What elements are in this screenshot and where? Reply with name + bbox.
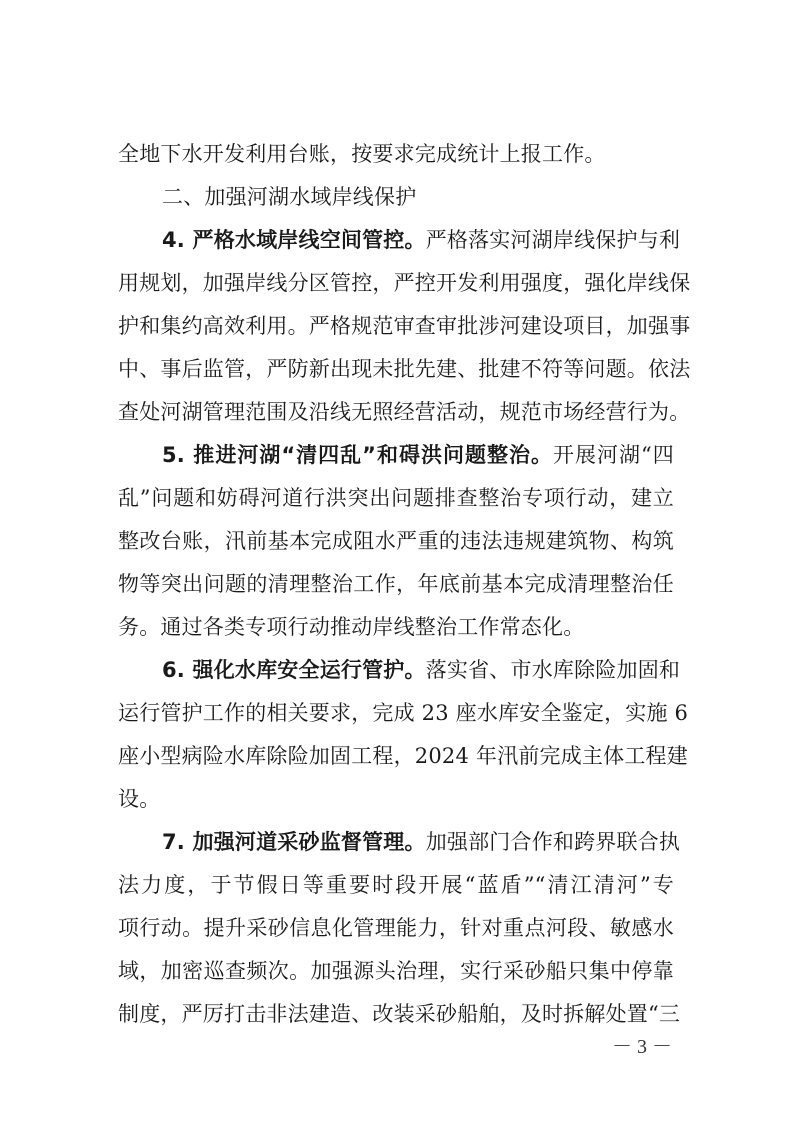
line-text: 制度，严厉打击非法建造、改装采砂船舶，及时拆解处置“三	[118, 1002, 680, 1026]
line-text: 护和集约高效利用。严格规范审查审批涉河建设项目，加强事	[118, 314, 690, 338]
line-text: 设。	[118, 787, 160, 811]
line-text: 开展河湖“四	[553, 443, 674, 467]
line-text: 乱”问题和妨碍河道行洪突出问题排查整治专项行动，建立	[118, 486, 674, 510]
paragraph-line: 查处河湖管理范围及沿线无照经营活动，规范市场经营行为。	[118, 398, 674, 426]
paragraph-line: 域，加密巡查频次。加强源头治理，实行采砂船只集中停靠	[118, 957, 674, 985]
item-6-title-line: 6. 强化水库安全运行管护。落实省、市水库除险加固和	[162, 656, 674, 684]
paragraph-line: 设。	[118, 785, 674, 813]
item-title: 7. 加强河道采砂监督管理。	[162, 830, 426, 854]
line-text: 项行动。提升采砂信息化管理能力，针对重点河段、敏感水	[118, 916, 674, 940]
line-text: 中、事后监管，严防新出现未批先建、批建不符等问题。依法	[118, 357, 690, 381]
item-title: 4. 严格水域岸线空间管控。	[162, 228, 426, 252]
line-text: 加强部门合作和跨界联合执	[426, 830, 680, 854]
section-heading: 二、加强河湖水域岸线保护	[162, 183, 674, 211]
paragraph-line: 乱”问题和妨碍河道行洪突出问题排查整治专项行动，建立	[118, 484, 674, 512]
line-text: 查处河湖管理范围及沿线无照经营活动，规范市场经营行为。	[118, 400, 690, 424]
paragraph-line: 全地下水开发利用台账，按要求完成统计上报工作。	[118, 140, 674, 168]
paragraph-line: 物等突出问题的清理整治工作，年底前基本完成清理整治任	[118, 570, 674, 598]
paragraph-line: 用规划，加强岸线分区管控，严控开发利用强度，强化岸线保	[118, 269, 674, 297]
line-text: 物等突出问题的清理整治工作，年底前基本完成清理整治任	[118, 572, 674, 596]
line-text: 务。通过各类专项行动推动岸线整治工作常态化。	[118, 615, 584, 639]
line-text: 整改台账，汛前基本完成阻水严重的违法违规建筑物、构筑	[118, 529, 674, 553]
line-text: 全地下水开发利用台账，按要求完成统计上报工作。	[118, 142, 606, 166]
paragraph-line: 务。通过各类专项行动推动岸线整治工作常态化。	[118, 613, 674, 641]
item-7-title-line: 7. 加强河道采砂监督管理。加强部门合作和跨界联合执	[162, 828, 674, 856]
line-text: 落实省、市水库除险加固和	[426, 658, 680, 682]
line-text: 严格落实河湖岸线保护与利	[426, 228, 680, 252]
line-text: 用规划，加强岸线分区管控，严控开发利用强度，强化岸线保	[118, 271, 690, 295]
line-text: 座小型病险水库除险加固工程，2024 年汛前完成主体工程建	[118, 744, 688, 768]
item-title: 5. 推进河湖“清四乱”和碍洪问题整治。	[162, 443, 553, 467]
paragraph-line: 法力度，于节假日等重要时段开展“蓝盾”“清江清河”专	[118, 871, 674, 899]
item-title: 6. 强化水库安全运行管护。	[162, 658, 426, 682]
line-text: 法力度，于节假日等重要时段开展“蓝盾”“清江清河”专	[118, 873, 674, 897]
paragraph-line: 护和集约高效利用。严格规范审查审批涉河建设项目，加强事	[118, 312, 674, 340]
item-4-title-line: 4. 严格水域岸线空间管控。严格落实河湖岸线保护与利	[162, 226, 674, 254]
paragraph-line: 运行管护工作的相关要求，完成 23 座水库安全鉴定，实施 6	[118, 699, 674, 727]
item-5-title-line: 5. 推进河湖“清四乱”和碍洪问题整治。开展河湖“四	[162, 441, 674, 469]
line-text: 运行管护工作的相关要求，完成 23 座水库安全鉴定，实施 6	[118, 701, 688, 725]
line-text: 域，加密巡查频次。加强源头治理，实行采砂船只集中停靠	[118, 959, 674, 983]
paragraph-line: 制度，严厉打击非法建造、改装采砂船舶，及时拆解处置“三	[118, 1000, 674, 1028]
paragraph-line: 项行动。提升采砂信息化管理能力，针对重点河段、敏感水	[118, 914, 674, 942]
paragraph-line: 座小型病险水库除险加固工程，2024 年汛前完成主体工程建	[118, 742, 674, 770]
paragraph-line: 中、事后监管，严防新出现未批先建、批建不符等问题。依法	[118, 355, 674, 383]
heading-text: 二、加强河湖水域岸线保护	[162, 185, 416, 209]
paragraph-line: 整改台账，汛前基本完成阻水严重的违法违规建筑物、构筑	[118, 527, 674, 555]
page-number: － 3 －	[612, 1030, 672, 1059]
